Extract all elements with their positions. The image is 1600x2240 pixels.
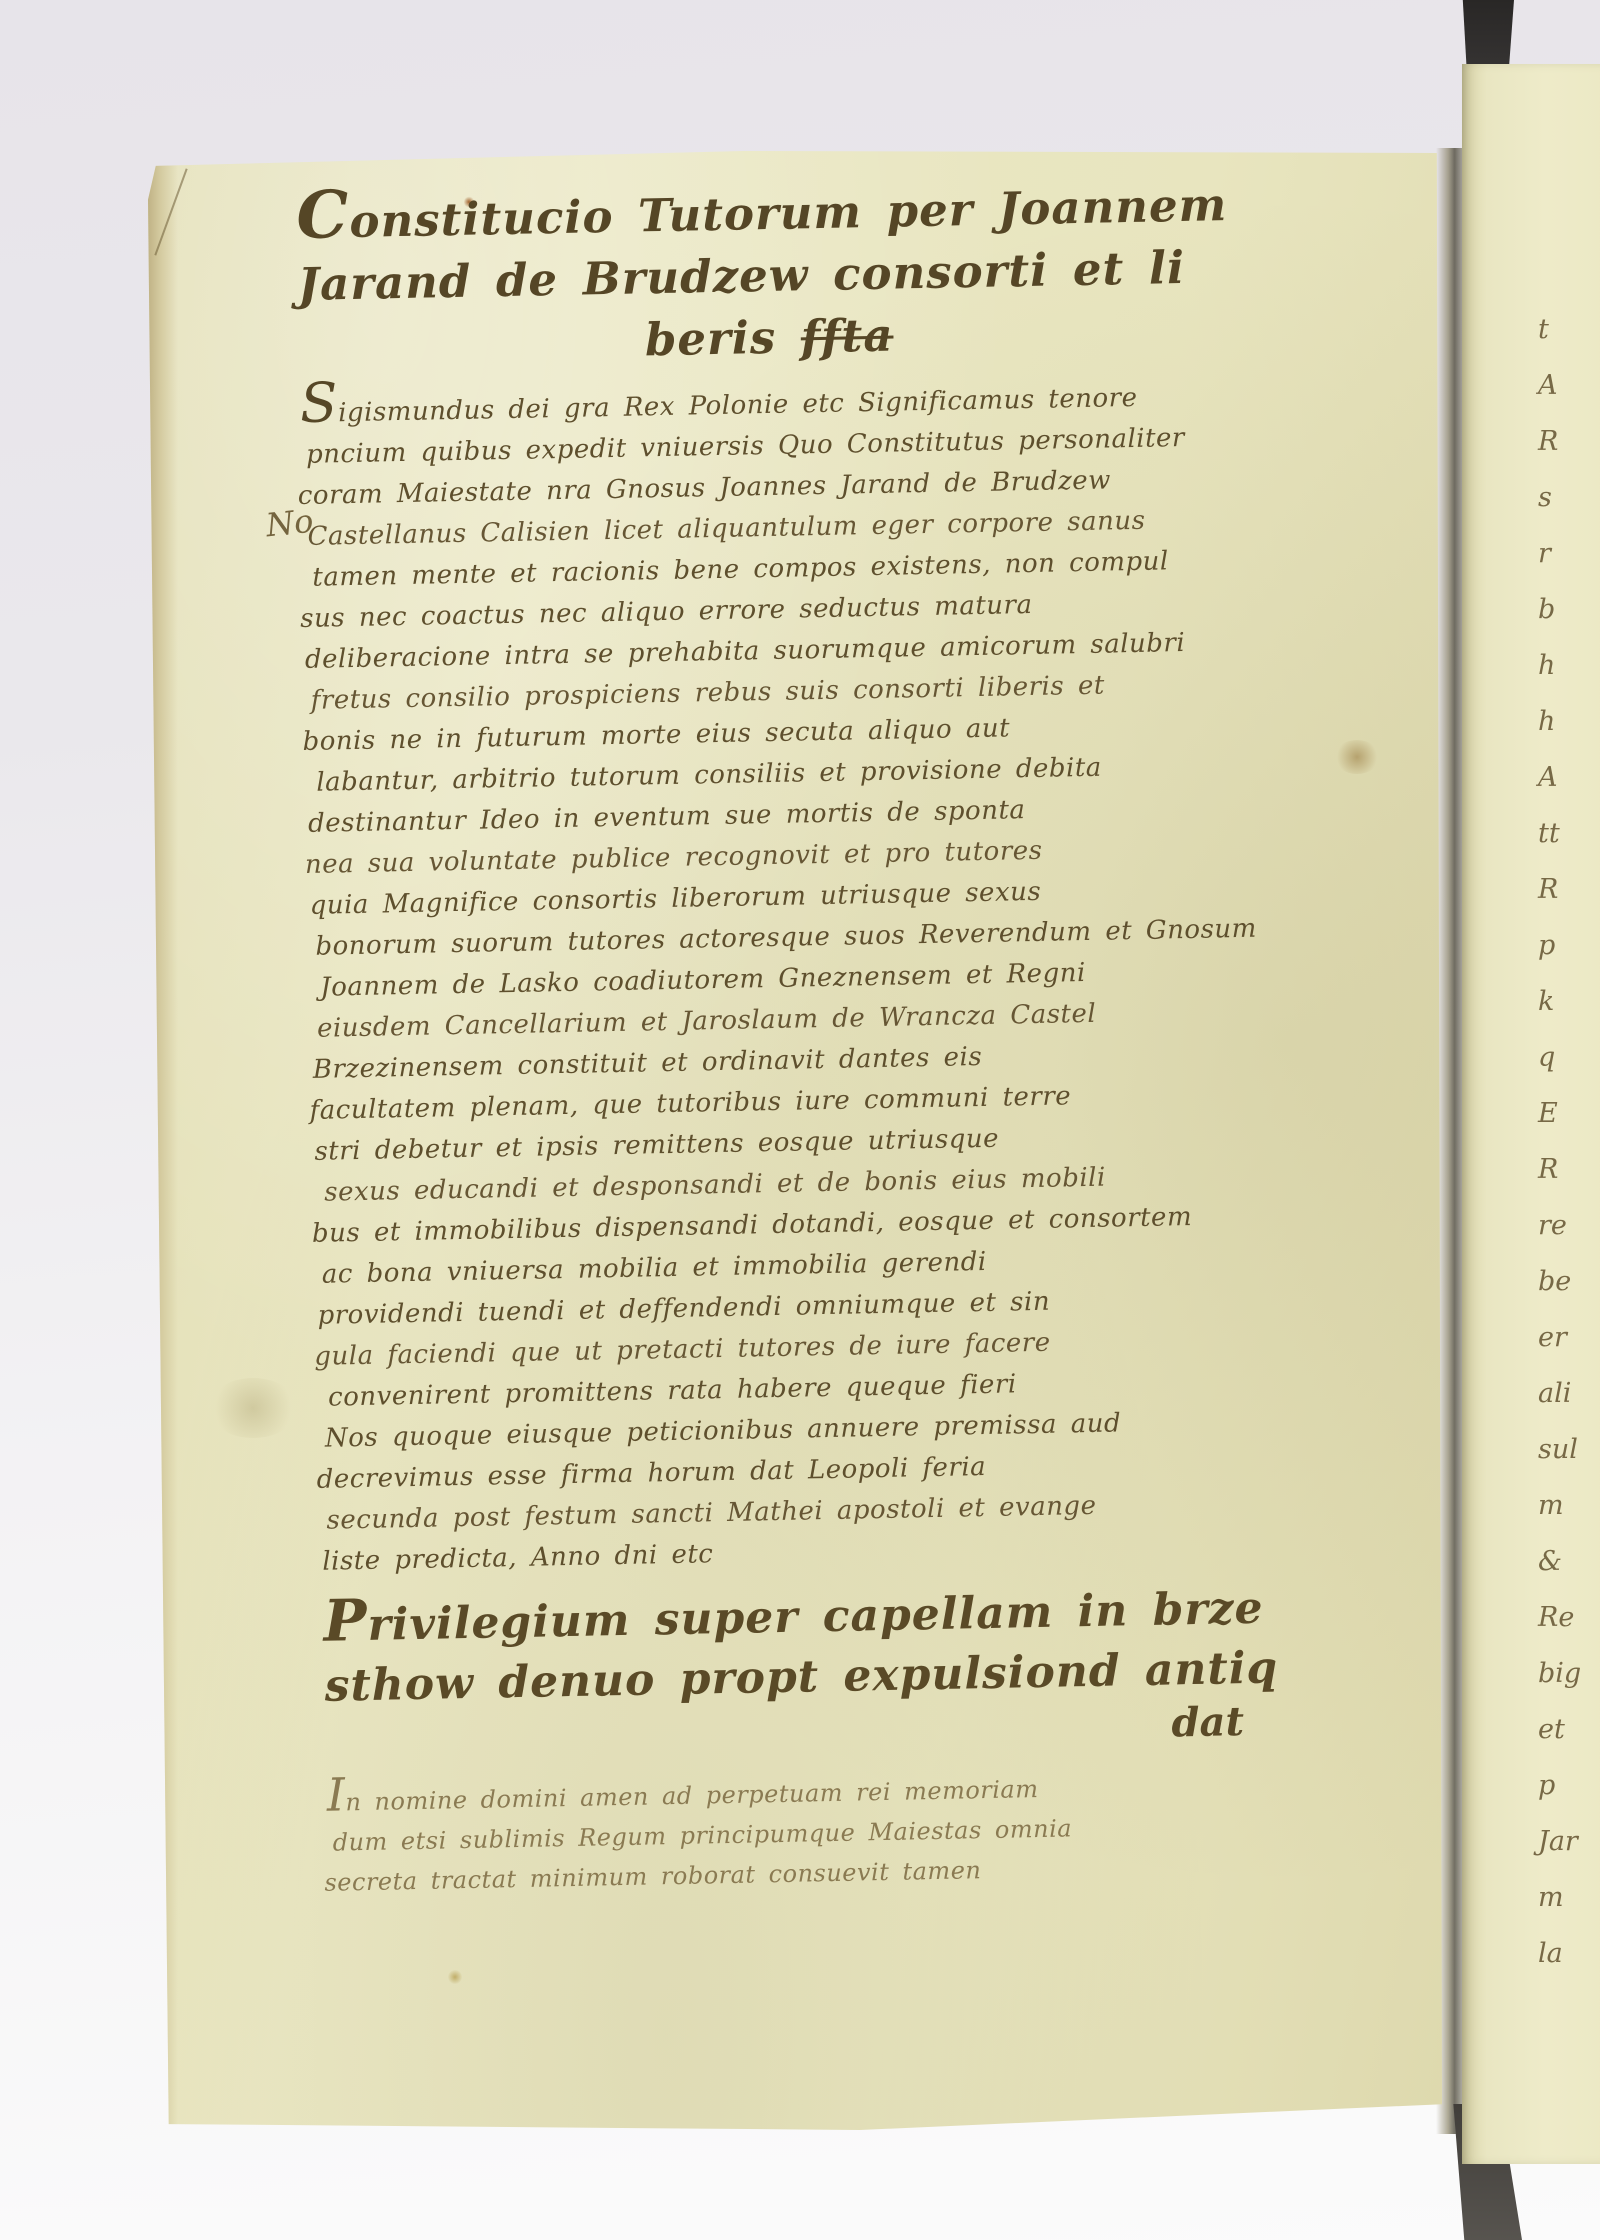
manuscript-line: h: [1538, 694, 1600, 750]
heading1-line3: beris ffta: [644, 295, 1399, 371]
manuscript-line: p: [1538, 1758, 1600, 1814]
manuscript-line: b: [1538, 582, 1600, 638]
manuscript-line: p: [1538, 918, 1600, 974]
manuscript-line: tt: [1538, 806, 1600, 862]
manuscript-line: Re: [1538, 1590, 1600, 1646]
manuscript-line: h: [1538, 638, 1600, 694]
manuscript-line: R: [1538, 1142, 1600, 1198]
manuscript-line: Jar: [1538, 1814, 1600, 1870]
manuscript-line: E: [1538, 1086, 1600, 1142]
heading2: Privilegium super capellam in brze sthow…: [323, 1576, 1426, 1763]
manuscript-line: m: [1538, 1870, 1600, 1926]
manuscript-line: ali: [1538, 1366, 1600, 1422]
manuscript-line: er: [1538, 1310, 1600, 1366]
manuscript-line: R: [1538, 414, 1600, 470]
page-edge: [148, 148, 178, 2132]
facing-page-text-fragments: tARsrbhhAttRpkqERrebeeralisulm&RebigetpJ…: [1538, 302, 1600, 1982]
manuscript-line: sul: [1538, 1422, 1600, 1478]
manuscript-page: No Constitucio Tutorum per Joannem Jaran…: [148, 148, 1442, 2132]
manuscript-line: k: [1538, 974, 1600, 1030]
manuscript-line: s: [1538, 470, 1600, 526]
manuscript-line: t: [1538, 302, 1600, 358]
manuscript-line: re: [1538, 1198, 1600, 1254]
scan-background: tARsrbhhAttRpkqERrebeeralisulm&RebigetpJ…: [0, 0, 1600, 2240]
ink-stain: [208, 1378, 298, 1438]
manuscript-line: be: [1538, 1254, 1600, 1310]
manuscript-line: R: [1538, 862, 1600, 918]
manuscript-line: r: [1538, 526, 1600, 582]
manuscript-text-block: Constitucio Tutorum per Joannem Jarand d…: [296, 171, 1429, 1903]
manuscript-line: A: [1538, 358, 1600, 414]
facing-page: tARsrbhhAttRpkqERrebeeralisulm&RebigetpJ…: [1462, 64, 1600, 2164]
manuscript-line: q: [1538, 1030, 1600, 1086]
body-paragraph-2: In nomine domini amen ad perpetuam rei m…: [327, 1762, 1429, 1903]
heading1-line3-struck-word: ffta: [800, 309, 894, 364]
body-paragraph-1: Sigismundus dei gra Rex Polonie etc Sign…: [300, 373, 1423, 1583]
manuscript-line: m: [1538, 1478, 1600, 1534]
manuscript-line: big: [1538, 1646, 1600, 1702]
manuscript-line: la: [1538, 1926, 1600, 1982]
heading1-line3-start: beris: [644, 310, 801, 366]
ink-stain: [448, 1970, 462, 1984]
manuscript-line: A: [1538, 750, 1600, 806]
heading2-dat: dat: [1171, 1696, 1426, 1747]
manuscript-line: &: [1538, 1534, 1600, 1590]
manuscript-line: et: [1538, 1702, 1600, 1758]
